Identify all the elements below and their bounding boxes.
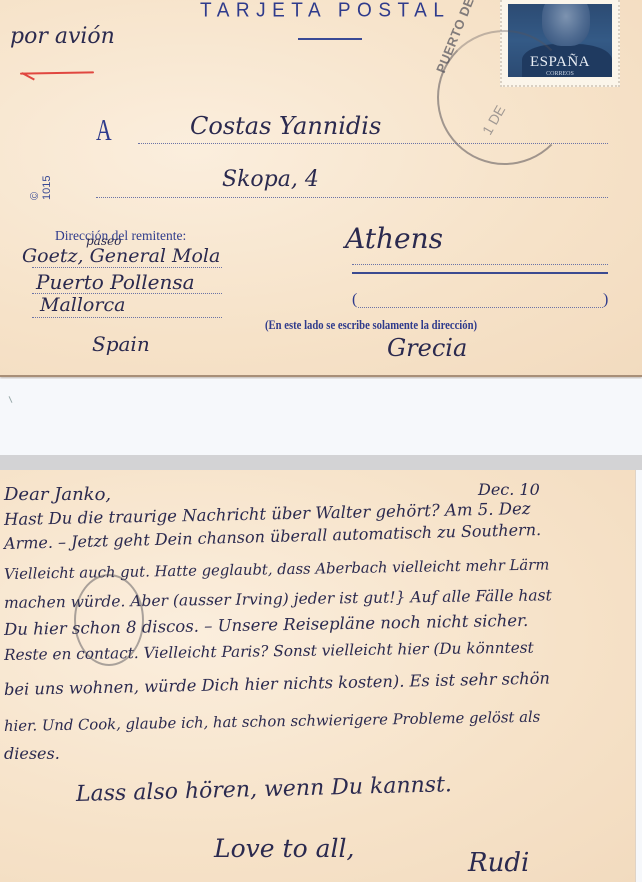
letter-date: Dec. 10	[478, 480, 540, 499]
recipient-line-4	[358, 307, 603, 308]
postmark-circle	[437, 30, 572, 165]
paren-close: )	[603, 291, 608, 309]
back-postmark-ghost	[74, 574, 144, 666]
copyright-mark: © 1015	[29, 160, 43, 200]
sender-dotline-3	[32, 317, 222, 318]
sender-line-4: Spain	[92, 332, 150, 356]
sender-line-3: Mallorca	[40, 294, 125, 316]
recipient-line-1	[138, 143, 608, 144]
red-pencil-underline	[20, 71, 94, 74]
paren-open: (	[352, 291, 357, 309]
sender-line-2: Puerto Pollensa	[36, 270, 195, 294]
letter-closing: Lass also hören, wenn Du kannst.	[76, 772, 453, 807]
scan-divider	[0, 455, 642, 470]
recipient-street: Skopa, 4	[222, 167, 319, 192]
sender-dotline-1	[32, 267, 222, 268]
recipient-line-3	[352, 264, 608, 265]
sender-line-1: Goetz, General Mola	[22, 245, 220, 267]
airmail-note: por avión	[10, 24, 115, 49]
postcard-back: Dec. 10 Dear Janko, Hast Du die traurige…	[0, 470, 636, 882]
scan-gap	[0, 379, 642, 455]
postcard-front: TARJETA POSTAL por avión © 1015 ESPAÑA C…	[0, 0, 642, 377]
recipient-solid-line	[352, 272, 608, 274]
title-underline	[298, 38, 362, 40]
letter-line-7: bei uns wohnen, würde Dich hier nichts k…	[4, 669, 550, 699]
letter-line-3: Vielleicht auch gut. Hatte geglaubt, das…	[4, 556, 550, 583]
address-prefix: A	[96, 112, 112, 148]
recipient-name: Costas Yannidis	[190, 112, 381, 140]
recipient-city: Athens	[345, 222, 443, 255]
address-instruction: (En este lado se escribe solamente la di…	[265, 317, 477, 333]
stamp-figure-head	[542, 4, 590, 46]
letter-line-8: hier. Und Cook, glaube ich, hat schon sc…	[4, 709, 541, 735]
letter-line-9: dieses.	[4, 744, 60, 763]
letter-signature: Rudi	[468, 848, 529, 878]
card-title: TARJETA POSTAL	[200, 0, 450, 23]
letter-greeting: Dear Janko,	[4, 484, 111, 505]
copyright-text: © 1015	[29, 176, 53, 200]
letter-sign-off: Love to all,	[214, 834, 354, 863]
recipient-line-2	[96, 197, 608, 198]
recipient-country: Grecia	[387, 334, 467, 362]
